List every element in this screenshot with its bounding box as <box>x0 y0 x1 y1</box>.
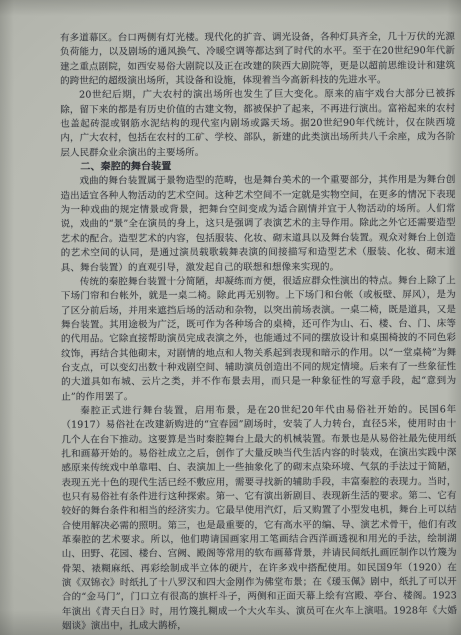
section-heading-qinqiang-stage-setting: 二、秦腔的舞台装置 <box>60 159 455 175</box>
paragraph-stage-setting-concept: 戏曲的舞台装置属于景物造型的范畴，也是舞台美术的一个重要部分，其作用是为舞台创造… <box>60 174 455 276</box>
paragraph-traditional-stage-props: 传统的秦腔舞台装置十分简陋，却凝练而方便，很适应群众性演出的特点。舞台上除了上下… <box>61 274 456 404</box>
paragraph-modern-theatre-facilities: 有多道幕区。台口两侧有灯光楼。现代化的扩音、调光设备，各种灯具齐全，几十万伏的光… <box>60 30 455 89</box>
scanned-book-page: 有多道幕区。台口两侧有灯光楼。现代化的扩音、调光设备，各种灯具齐全，几十万伏的光… <box>0 0 461 635</box>
paragraph-rural-performance-venues: 20世纪后期，广大农村的演出场所也发生了巨大变化。原来的庙宇戏台大部分已被拆除，… <box>60 88 455 161</box>
page-text-block: 有多道幕区。台口两侧有灯光楼。现代化的扩音、调光设备，各种灯具齐全，几十万伏的光… <box>60 30 457 634</box>
paragraph-yisushe-scenery-history: 秦腔正式进行舞台装置，启用布景，是在20世纪20年代由易俗社开始的。民国6年（1… <box>61 403 457 634</box>
